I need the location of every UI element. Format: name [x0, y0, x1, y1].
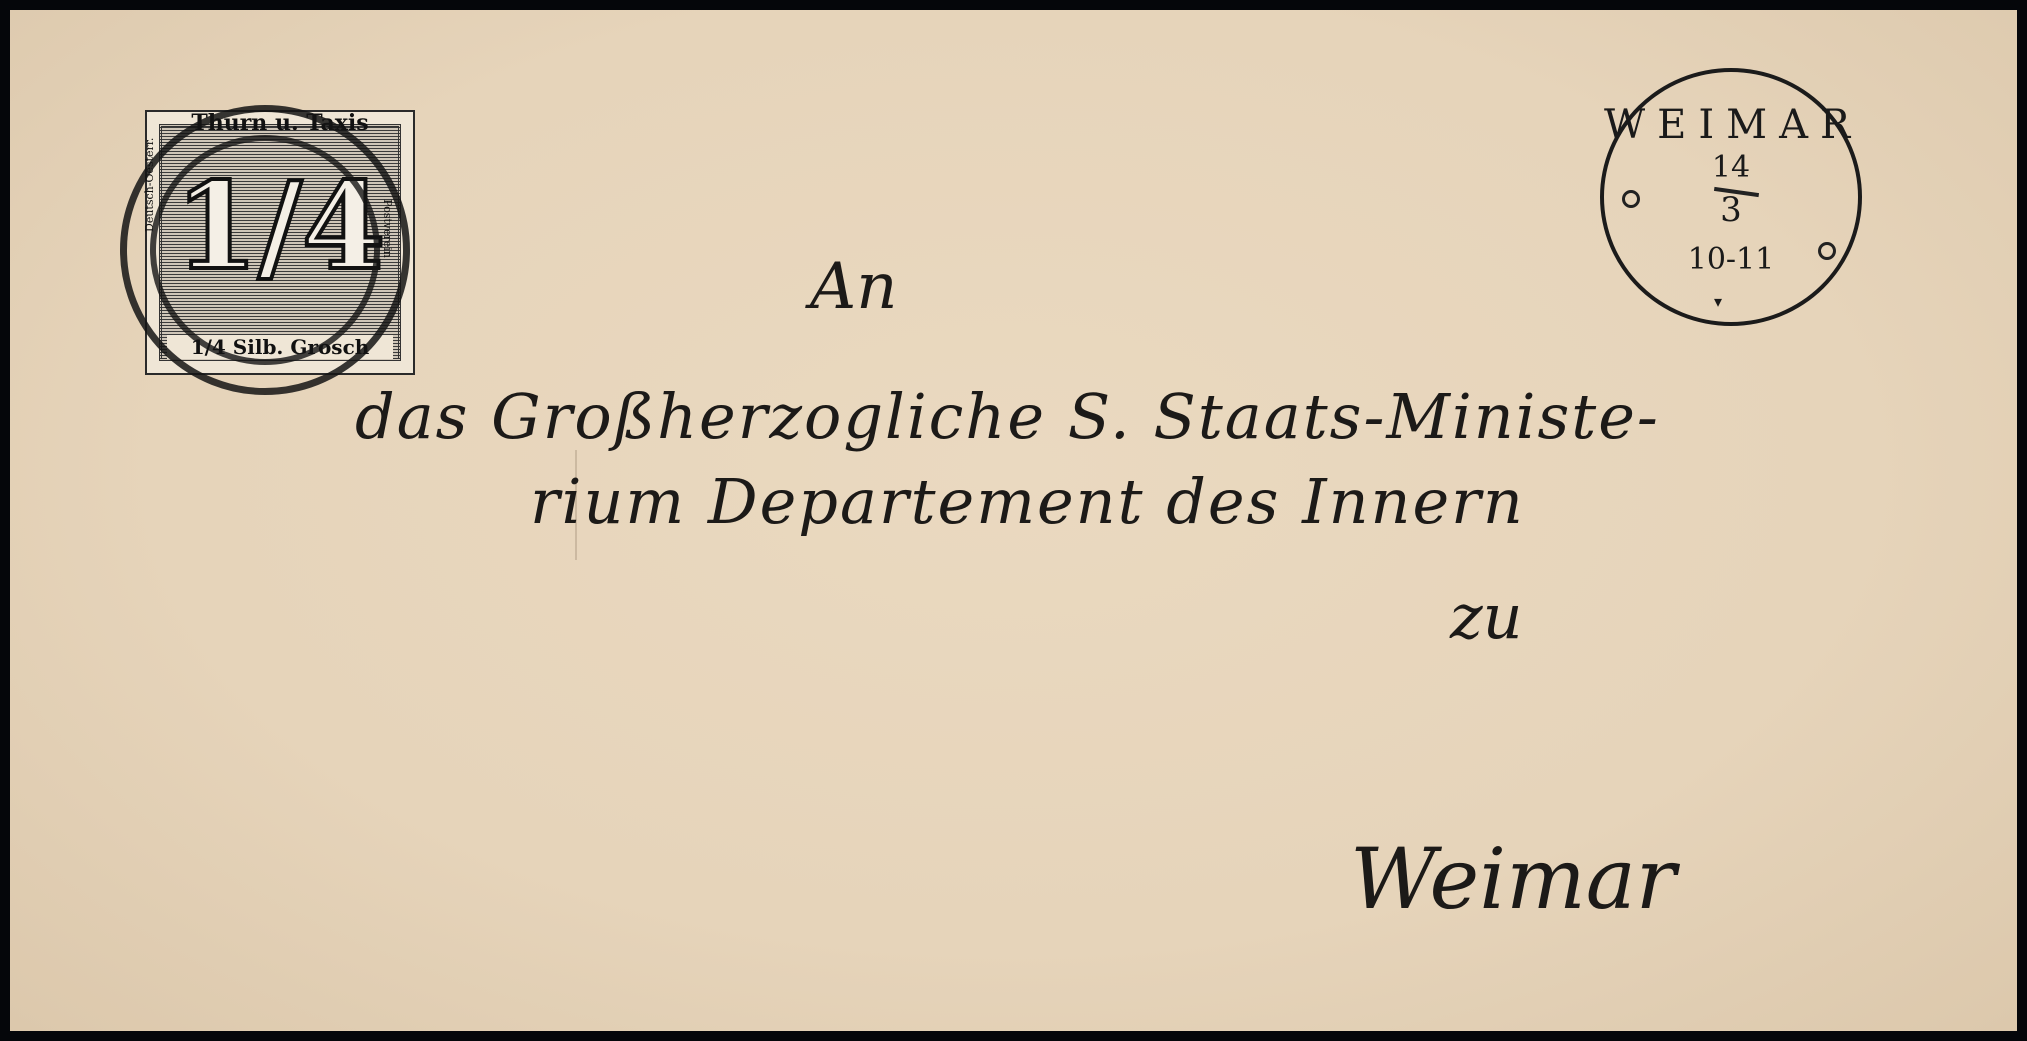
postmark-ornament-right	[1818, 242, 1836, 260]
address-line-3: zu	[1450, 580, 1523, 653]
postmark-month: 3	[1604, 190, 1858, 230]
postmark-day: 14	[1604, 150, 1858, 185]
address-line-1: das Großherzogliche S. Staats-Ministe-	[355, 380, 1660, 453]
postmark-bottom-mark: ▾	[1714, 292, 1722, 311]
postmark-ornament-left	[1622, 190, 1640, 208]
postmark-city: WEIMAR	[1604, 102, 1858, 148]
ring-cancellation-inner	[150, 135, 380, 365]
address-line-2: rium Departement des Innern	[530, 465, 1525, 538]
envelope: Thurn u. Taxis 1/4 Deutsch-Oesterr. Post…	[10, 10, 2017, 1031]
address-salutation: An	[810, 250, 897, 324]
weimar-postmark: WEIMAR 14 3 10-11 ▾	[1600, 68, 1862, 326]
address-city: Weimar	[1350, 830, 1676, 928]
